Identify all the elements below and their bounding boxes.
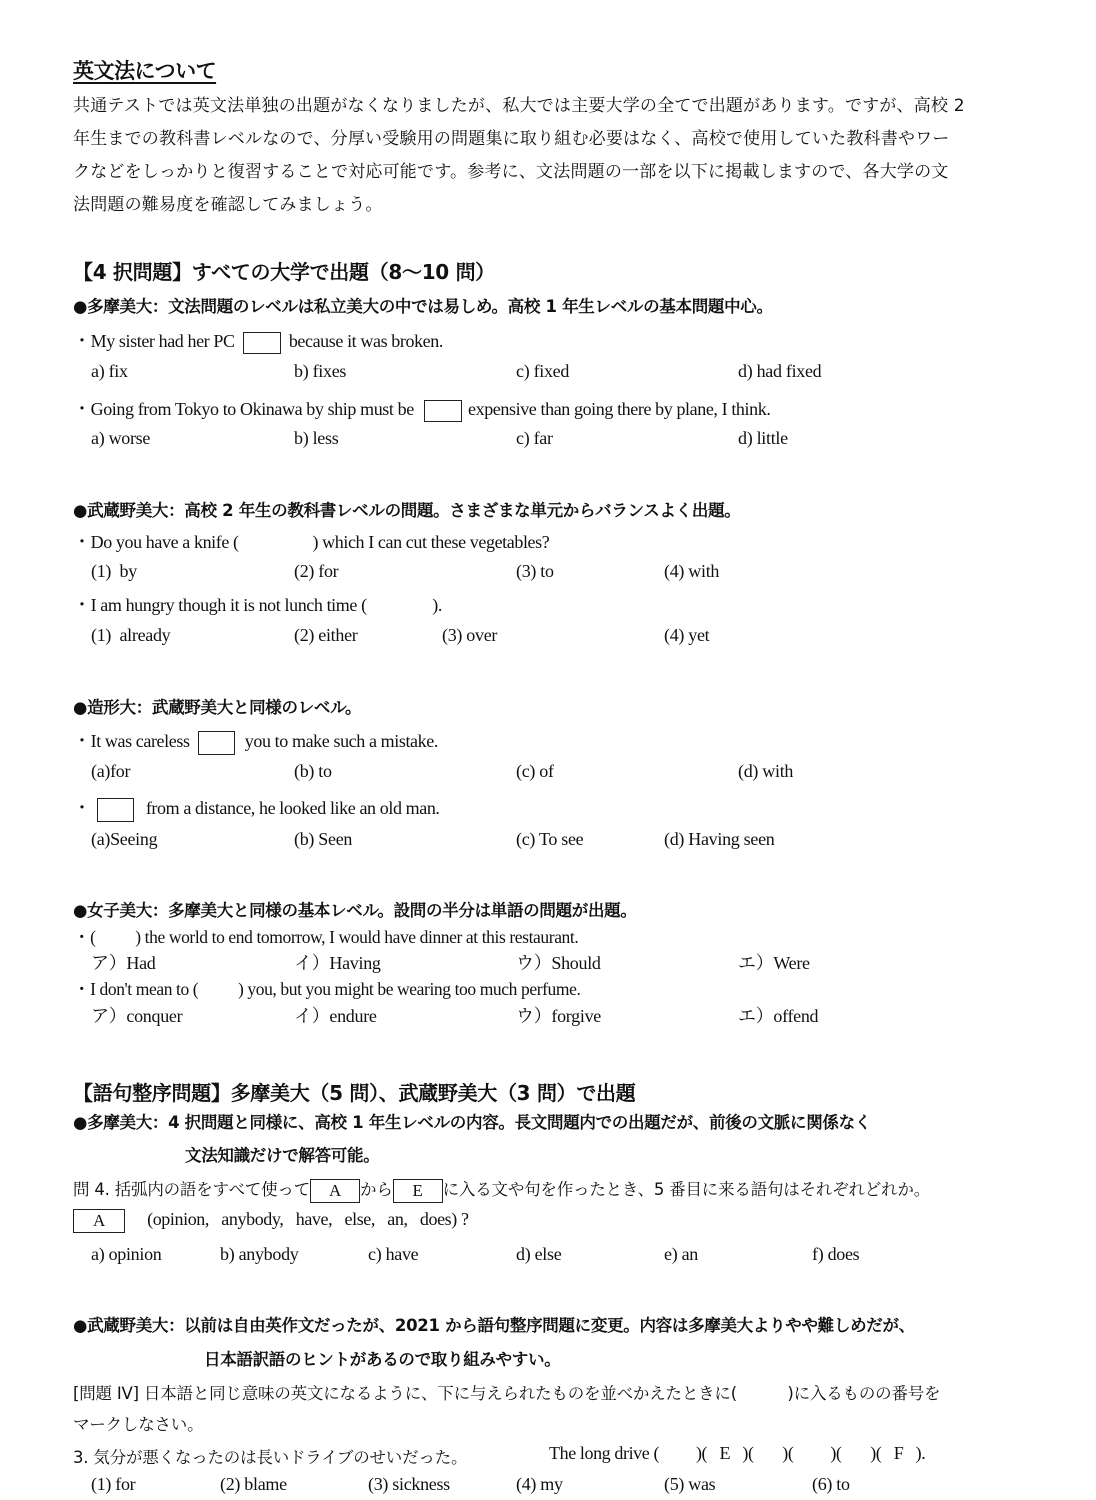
- option: (a)Seeing: [91, 829, 157, 850]
- option: (3) to: [516, 561, 554, 582]
- intro-line: 法問題の難易度を確認してみましょう。: [73, 190, 383, 215]
- instruction-text: 問 4. 括弧内の語をすべて使って: [73, 1180, 310, 1199]
- option: (d) with: [738, 761, 793, 782]
- intro-line: クなどをしっかりと復習することで対応可能です。参考に、文法問題の一部を以下に掲載…: [73, 157, 949, 182]
- question-text: because it was broken.: [289, 331, 443, 351]
- option: (3) sickness: [368, 1474, 450, 1495]
- option: エ）Were: [738, 949, 810, 975]
- option: (2) blame: [220, 1474, 287, 1495]
- option: イ）Having: [294, 949, 381, 975]
- option: ア）conquer: [91, 1002, 182, 1028]
- zokei-bullet: ●造形大：武蔵野美大と同様のレベル。: [73, 694, 361, 718]
- option: (1) by: [91, 561, 137, 582]
- zokei-question-2: ・ from a distance, he looked like an old…: [73, 794, 440, 822]
- option: (b) Seen: [294, 829, 352, 850]
- option: (b) to: [294, 761, 332, 782]
- option: e) an: [664, 1244, 698, 1265]
- option: a) worse: [91, 428, 150, 449]
- option: c) have: [368, 1244, 418, 1265]
- question-text: (opinion, anybody, have, else, an, does)…: [147, 1209, 468, 1229]
- musashino-question-jp: 3. 気分が悪くなったのは長いドライブのせいだった。: [73, 1444, 467, 1468]
- intro-line: 共通テストでは英文法単独の出題がなくなりましたが、私大では主要大学の全てで出題が…: [73, 91, 965, 116]
- tama-word-order-bullet-cont: 文法知識だけで解答可能。: [185, 1142, 379, 1166]
- instruction-text: から: [360, 1180, 393, 1199]
- option: c) fixed: [516, 361, 569, 382]
- joshi-question-2: ・I don't mean to ( ) you, but you might …: [73, 976, 580, 1001]
- tama-question-1: ・My sister had her PC because it was bro…: [73, 327, 443, 354]
- answer-blank-box: [243, 332, 281, 354]
- option: b) fixes: [294, 361, 346, 382]
- option: a) fix: [91, 361, 128, 382]
- musashino-instruction-cont: マークしなさい。: [73, 1411, 203, 1435]
- question-text: ・It was careless: [73, 731, 190, 751]
- page-title: 英文法について: [73, 55, 216, 85]
- option: (3) over: [442, 625, 497, 646]
- option: (1) already: [91, 625, 170, 646]
- musashino-question-2: ・I am hungry though it is not lunch time…: [73, 591, 442, 617]
- option: d) had fixed: [738, 361, 821, 382]
- section-heading-multiple-choice: 【4 択問題】すべての大学で出題（8〜10 問）: [73, 256, 495, 285]
- musashino-question-en: The long drive ( )( E )( )( )( )( F ).: [549, 1443, 925, 1464]
- option: (2) either: [294, 625, 357, 646]
- question-text: ・: [73, 798, 91, 818]
- option: (d) Having seen: [664, 829, 774, 850]
- option: a) opinion: [91, 1244, 162, 1265]
- option: b) anybody: [220, 1244, 298, 1265]
- option: (a)for: [91, 761, 130, 782]
- musashino-question-1: ・Do you have a knife ( ) which I can cut…: [73, 528, 549, 554]
- label-box-a: A: [310, 1179, 360, 1203]
- question-text: expensive than going there by plane, I t…: [468, 399, 770, 419]
- question-text: ・Going from Tokyo to Okinawa by ship mus…: [73, 399, 414, 419]
- instruction-text: に入る文や句を作ったとき、5 番目に来る語句はそれぞれどれか。: [443, 1180, 930, 1199]
- tama-bullet: ●多摩美大：文法問題のレベルは私立美大の中では易しめ。高校 1 年生レベルの基本…: [73, 293, 773, 317]
- musashino-word-order-bullet-cont: 日本語訳語のヒントがあるので取り組みやすい。: [204, 1346, 560, 1370]
- answer-blank-box: [97, 798, 134, 822]
- option: ウ）Should: [516, 949, 601, 975]
- option: c) far: [516, 428, 553, 449]
- option: (2) for: [294, 561, 338, 582]
- label-box-a: A: [73, 1209, 125, 1233]
- answer-blank-box: [198, 731, 235, 755]
- option: イ）endure: [294, 1002, 377, 1028]
- joshi-bullet: ●女子美大：多摩美大と同様の基本レベル。設問の半分は単語の問題が出題。: [73, 897, 637, 921]
- answer-blank-box: [424, 400, 462, 422]
- option: (4) my: [516, 1474, 563, 1495]
- intro-line: 年生までの教科書レベルなので、分厚い受験用の問題集に取り組む必要はなく、高校で使…: [73, 124, 950, 149]
- option: ウ）forgive: [516, 1002, 601, 1028]
- option: (4) yet: [664, 625, 709, 646]
- musashino-word-order-bullet: ●武蔵野美大：以前は自由英作文だったが、2021 から語句整序問題に変更。内容は…: [73, 1312, 915, 1336]
- label-box-e: E: [393, 1179, 443, 1203]
- musashino-instruction: [問題 IV] 日本語と同じ意味の英文になるように、下に与えられたものを並べかえ…: [73, 1380, 940, 1404]
- option: (1) for: [91, 1474, 135, 1495]
- joshi-question-1: ・( ) the world to end tomorrow, I would …: [73, 924, 578, 949]
- option: エ）offend: [738, 1002, 818, 1028]
- option: (c) To see: [516, 829, 583, 850]
- tama-instruction: 問 4. 括弧内の語をすべて使ってAからEに入る文や句を作ったとき、5 番目に来…: [73, 1176, 930, 1203]
- option: (6) to: [812, 1474, 850, 1495]
- option: ア）Had: [91, 949, 156, 975]
- question-text: from a distance, he looked like an old m…: [146, 798, 440, 818]
- option: f) does: [812, 1244, 859, 1265]
- musashino-bullet: ●武蔵野美大：高校 2 年生の教科書レベルの問題。さまざまな単元からバランスよく…: [73, 497, 740, 521]
- option: b) less: [294, 428, 338, 449]
- question-text: ・My sister had her PC: [73, 331, 235, 351]
- option: d) else: [516, 1244, 561, 1265]
- option: (5) was: [664, 1474, 715, 1495]
- tama-word-order-bullet: ●多摩美大：4 択問題と同様に、高校 1 年生レベルの内容。長文問題内での出題だ…: [73, 1109, 871, 1133]
- option: (4) with: [664, 561, 719, 582]
- question-text: you to make such a mistake.: [245, 731, 438, 751]
- tama-question-2: ・Going from Tokyo to Okinawa by ship mus…: [73, 395, 770, 422]
- option: d) little: [738, 428, 788, 449]
- tama-word-order-question: A (opinion, anybody, have, else, an, doe…: [73, 1209, 469, 1233]
- option: (c) of: [516, 761, 554, 782]
- zokei-question-1: ・It was careless you to make such a mist…: [73, 727, 438, 755]
- section-heading-word-order: 【語句整序問題】多摩美大（5 問）、武蔵野美大（3 問）で出題: [73, 1077, 635, 1106]
